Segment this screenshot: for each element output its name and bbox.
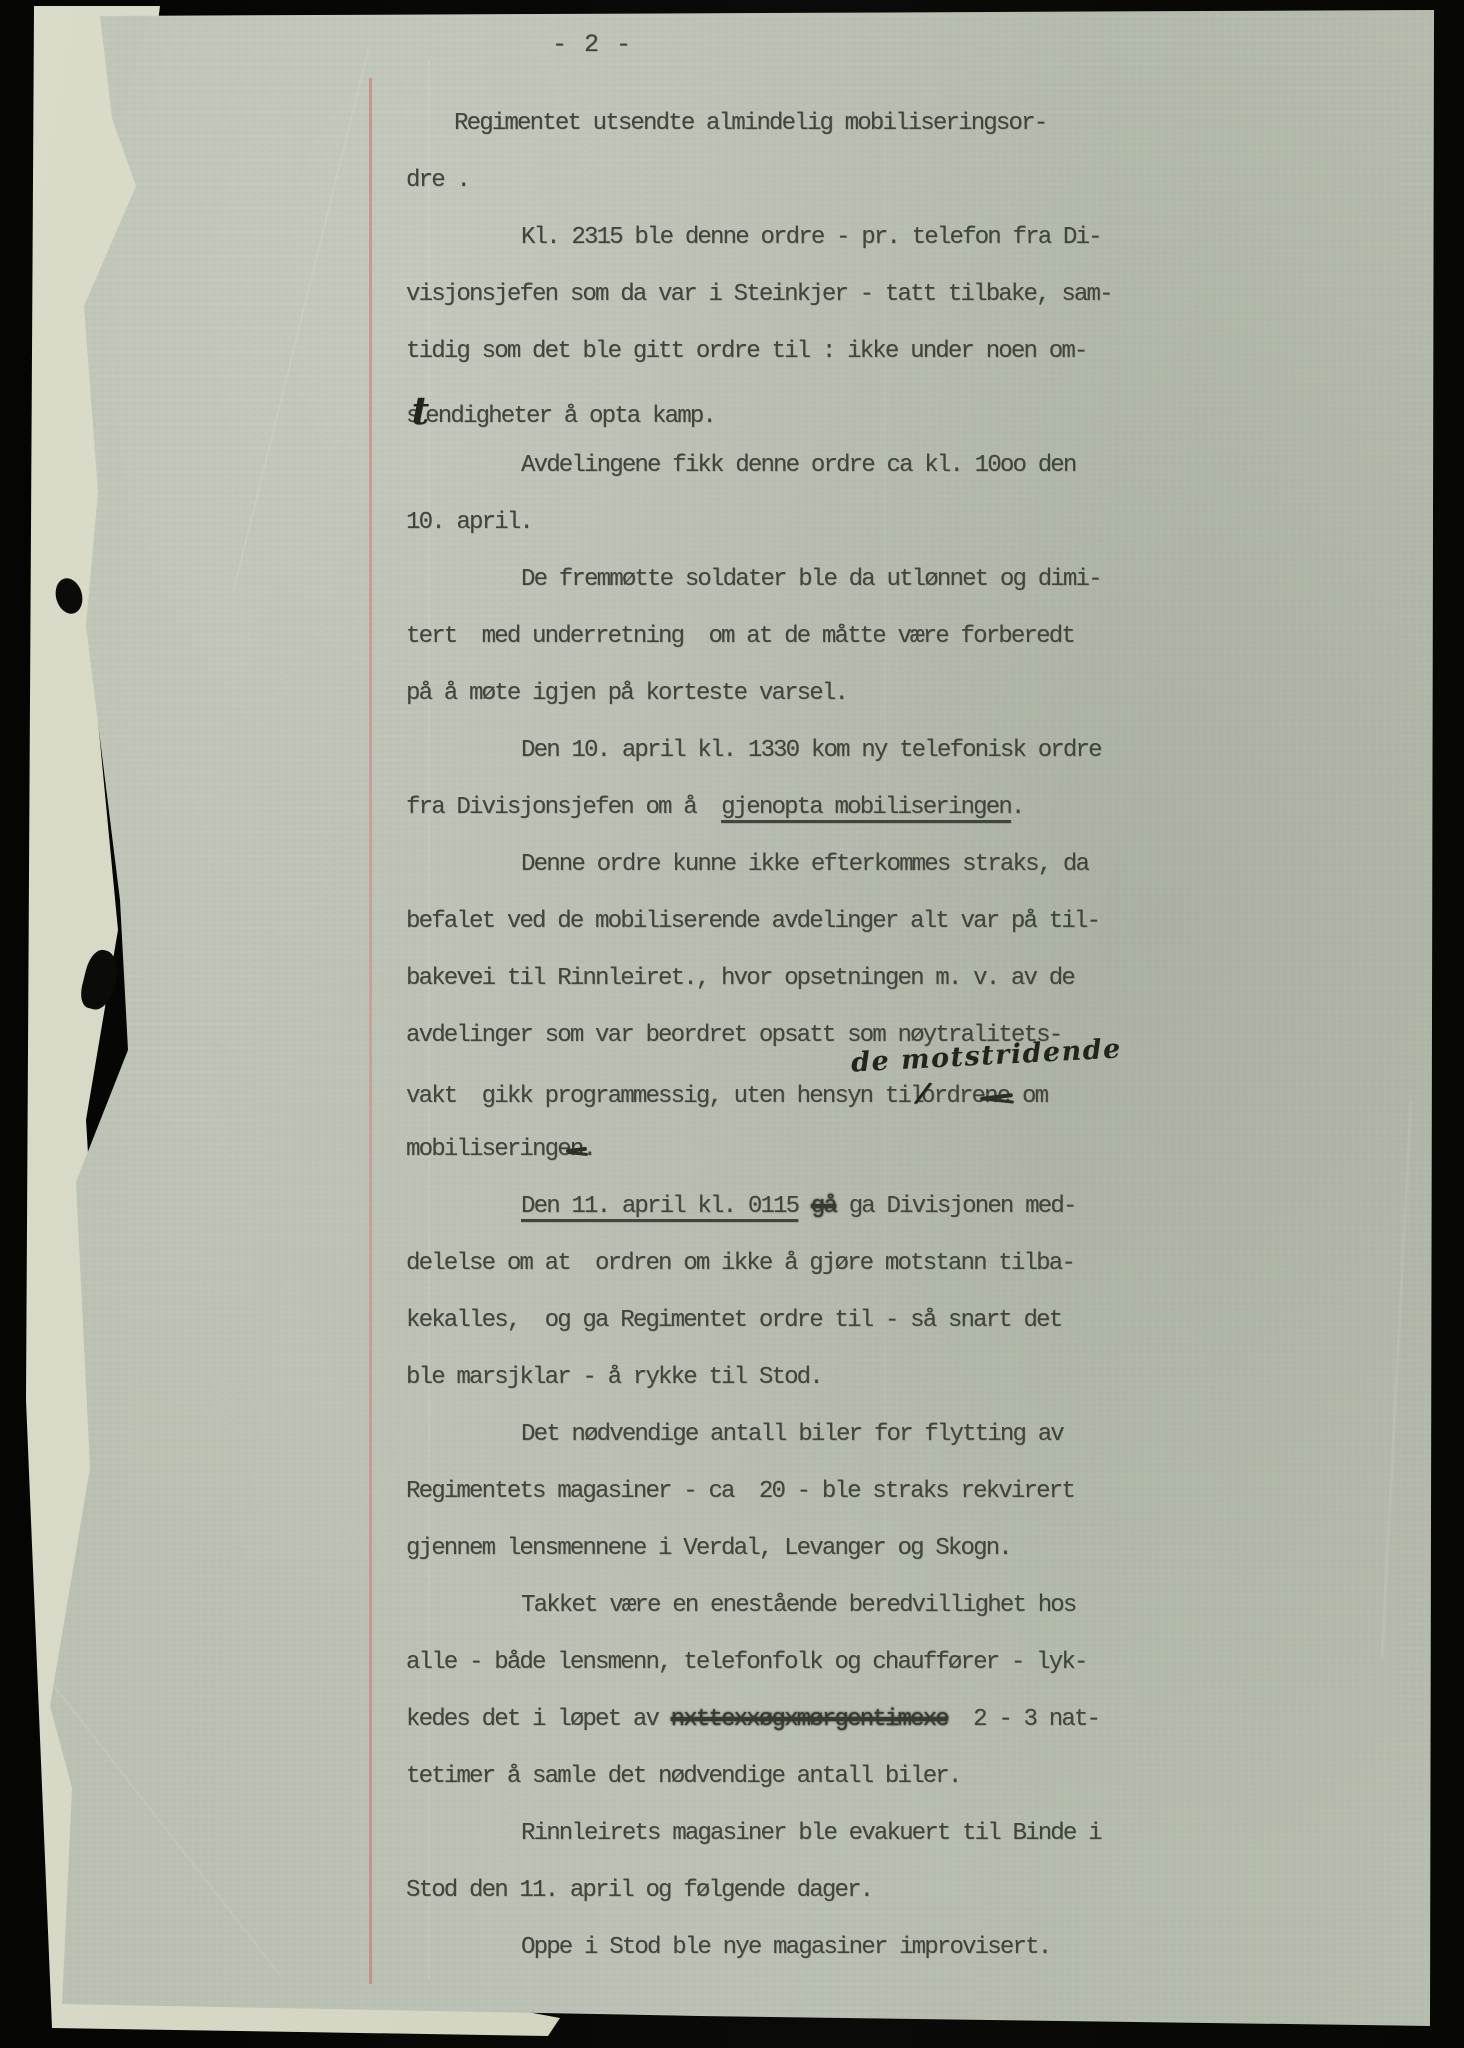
struckout-text: ne bbox=[984, 1083, 1009, 1110]
handwritten-correction: t bbox=[412, 382, 430, 439]
typed-text: tetimer å samle det nødvendige antall bi… bbox=[406, 1763, 961, 1790]
text-line: Den 10. april kl. 1330 kom ny telefonisk… bbox=[406, 722, 1166, 779]
typed-text: endigheter å opta kamp. bbox=[425, 403, 715, 430]
struckout-text: n bbox=[570, 1136, 583, 1163]
text-line: fra Divisjonsjefen om å gjenopta mobilis… bbox=[406, 779, 1166, 836]
text-line: stendigheter å opta kamp. bbox=[406, 380, 1166, 437]
typed-text: kedes det i løpet av bbox=[406, 1706, 671, 1733]
typed-text: Den 10. april kl. 1330 kom ny telefonisk… bbox=[521, 737, 1101, 764]
page-number: - 2 - bbox=[552, 20, 632, 70]
underlined-text: Den 11. april kl. 0115 bbox=[521, 1193, 798, 1220]
typed-text: 10. april. bbox=[406, 509, 532, 536]
typed-text: Kl. 2315 ble denne ordre - pr. telefon f… bbox=[521, 224, 1101, 251]
typed-text bbox=[798, 1193, 811, 1220]
text-line: på å møte igjen på korteste varsel. bbox=[406, 665, 1166, 722]
typed-text: Regimentet utsendte almindelig mobiliser… bbox=[454, 110, 1046, 137]
typed-text: Oppe i Stod ble nye magasiner improviser… bbox=[521, 1934, 1050, 1961]
text-line: befalet ved de mobiliserende avdelinger … bbox=[406, 893, 1166, 950]
text-line: Stod den 11. april og følgende dager. bbox=[406, 1862, 1166, 1919]
typed-text: tidig som det ble gitt ordre til : ikke … bbox=[406, 338, 1087, 365]
typed-text: fra Divisjonsjefen om å bbox=[406, 794, 721, 821]
text-line: dre . bbox=[406, 152, 1166, 209]
typed-text: Stod den 11. april og følgende dager. bbox=[406, 1877, 872, 1904]
text-line: tidig som det ble gitt ordre til : ikke … bbox=[406, 323, 1166, 380]
typed-text: 2 - 3 nat- bbox=[948, 1706, 1099, 1733]
text-line: Kl. 2315 ble denne ordre - pr. telefon f… bbox=[406, 209, 1166, 266]
typed-text: Takket være en enestående beredvillighet… bbox=[521, 1592, 1076, 1619]
typed-text: ga Divisjonen med- bbox=[836, 1193, 1075, 1220]
text-line: Regimentet utsendte almindelig mobiliser… bbox=[406, 95, 1166, 152]
typed-text: tert med underretning om at de måtte vær… bbox=[406, 623, 1074, 650]
text-line: delelse om at ordren om ikke å gjøre mot… bbox=[406, 1235, 1166, 1292]
text-line: kedes det i løpet av nxttexxøgxmørgentim… bbox=[406, 1691, 1166, 1748]
text-line: 10. april. bbox=[406, 494, 1166, 551]
typed-text: Det nødvendige antall biler for flytting… bbox=[521, 1421, 1063, 1448]
typed-text: gjennem lensmennene i Verdal, Levanger o… bbox=[406, 1535, 1011, 1562]
text-line: alle - både lensmenn, telefonfolk og cha… bbox=[406, 1634, 1166, 1691]
typed-text: vakt gikk programmessig, uten hensyn til bbox=[406, 1083, 923, 1110]
typed-text: kekalles, og ga Regimentet ordre til - s… bbox=[406, 1307, 1061, 1334]
typed-text: om bbox=[1009, 1083, 1047, 1110]
text-line: mobiliseringen. bbox=[406, 1121, 1166, 1178]
text-line: Avdelingene fikk denne ordre ca kl. 10oo… bbox=[406, 437, 1166, 494]
typed-text: dre . bbox=[406, 167, 469, 194]
typed-text: Denne ordre kunne ikke efterkommes strak… bbox=[521, 851, 1088, 878]
typed-text: bakevei til Rinnleiret., hvor opsetninge… bbox=[406, 965, 1074, 992]
paper-crease bbox=[1380, 1100, 1412, 1659]
scanned-document-page: - 2 - Regimentet utsendte almindelig mob… bbox=[0, 0, 1464, 2048]
text-line: ble marsjklar - å rykke til Stod. bbox=[406, 1349, 1166, 1406]
typed-text: delelse om at ordren om ikke å gjøre mot… bbox=[406, 1250, 1074, 1277]
typed-text: ble marsjklar - å rykke til Stod. bbox=[406, 1364, 822, 1391]
text-line: Oppe i Stod ble nye magasiner improviser… bbox=[406, 1919, 1166, 1976]
text-line: bakevei til Rinnleiret., hvor opsetninge… bbox=[406, 950, 1166, 1007]
typed-text: De fremmøtte soldater ble da utlønnet og… bbox=[521, 566, 1101, 593]
typed-text: alle - både lensmenn, telefonfolk og cha… bbox=[406, 1649, 1087, 1676]
text-line: tert med underretning om at de måtte vær… bbox=[406, 608, 1166, 665]
text-line: Det nødvendige antall biler for flytting… bbox=[406, 1406, 1166, 1463]
paper-crease bbox=[232, 48, 369, 592]
typed-text: Avdelingene fikk denne ordre ca kl. 10oo… bbox=[521, 452, 1076, 479]
text-block: Regimentet utsendte almindelig mobiliser… bbox=[406, 95, 1166, 1976]
text-line: Rinnleirets magasiner ble evakuert til B… bbox=[406, 1805, 1166, 1862]
typed-text: . bbox=[1011, 794, 1024, 821]
struckout-text: nxttexxøgxmørgentimexe bbox=[671, 1706, 948, 1733]
typed-text: Regimentets magasiner - ca 20 - ble stra… bbox=[406, 1478, 1074, 1505]
text-line: kekalles, og ga Regimentet ordre til - s… bbox=[406, 1292, 1166, 1349]
typed-text: Rinnleirets magasiner ble evakuert til B… bbox=[521, 1820, 1101, 1847]
text-line: vakt gikk programmessig, uten hensyn til… bbox=[406, 1064, 1166, 1121]
typed-text: befalet ved de mobiliserende avdelinger … bbox=[406, 908, 1099, 935]
text-line: Takket være en enestående beredvillighet… bbox=[406, 1577, 1166, 1634]
typed-text: mobiliseringe bbox=[406, 1136, 570, 1163]
struckout-text: gå bbox=[811, 1193, 836, 1220]
text-line: gjennem lensmennene i Verdal, Levanger o… bbox=[406, 1520, 1166, 1577]
text-line: Denne ordre kunne ikke efterkommes strak… bbox=[406, 836, 1166, 893]
typed-text: på å møte igjen på korteste varsel. bbox=[406, 680, 847, 707]
typed-text: visjonsjefen som da var i Steinkjer - ta… bbox=[406, 281, 1112, 308]
text-line: Regimentets magasiner - ca 20 - ble stra… bbox=[406, 1463, 1166, 1520]
text-line: De fremmøtte soldater ble da utlønnet og… bbox=[406, 551, 1166, 608]
text-line: Den 11. april kl. 0115 gå ga Divisjonen … bbox=[406, 1178, 1166, 1235]
underlined-text: gjenopta mobiliseringen bbox=[721, 794, 1011, 821]
text-line: visjonsjefen som da var i Steinkjer - ta… bbox=[406, 266, 1166, 323]
margin-line bbox=[369, 78, 372, 1984]
text-line: tetimer å samle det nødvendige antall bi… bbox=[406, 1748, 1166, 1805]
